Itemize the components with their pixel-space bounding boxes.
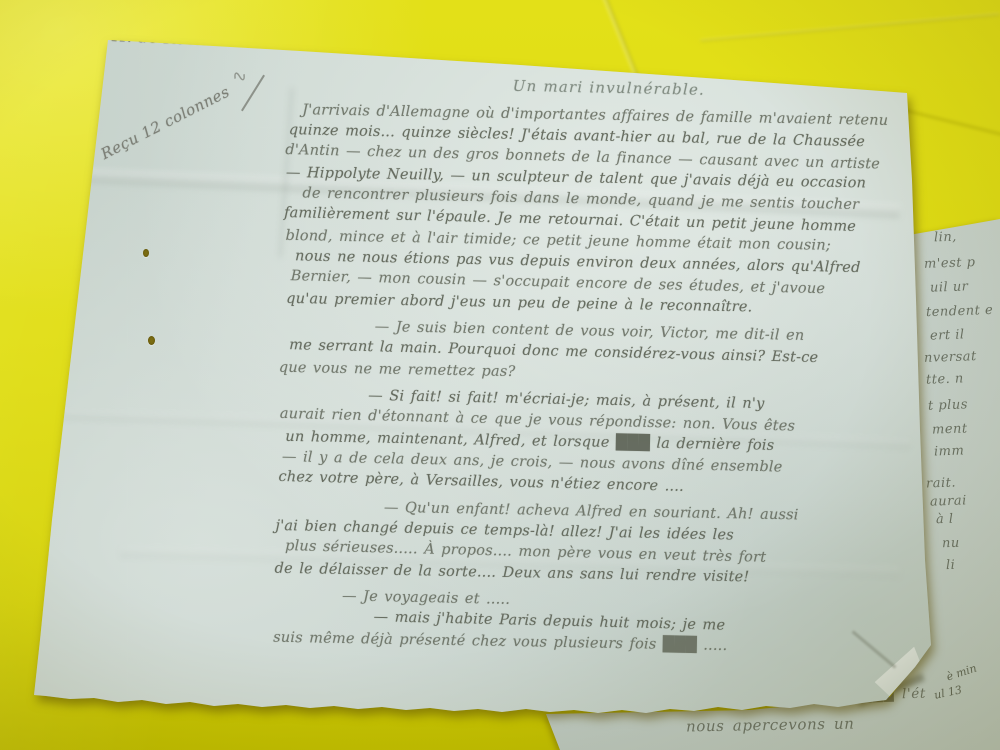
photo-vignette	[0, 0, 1000, 750]
photograph-of-manuscript: lin, m'est p uil ur tendent e ert il nve…	[0, 0, 1000, 750]
